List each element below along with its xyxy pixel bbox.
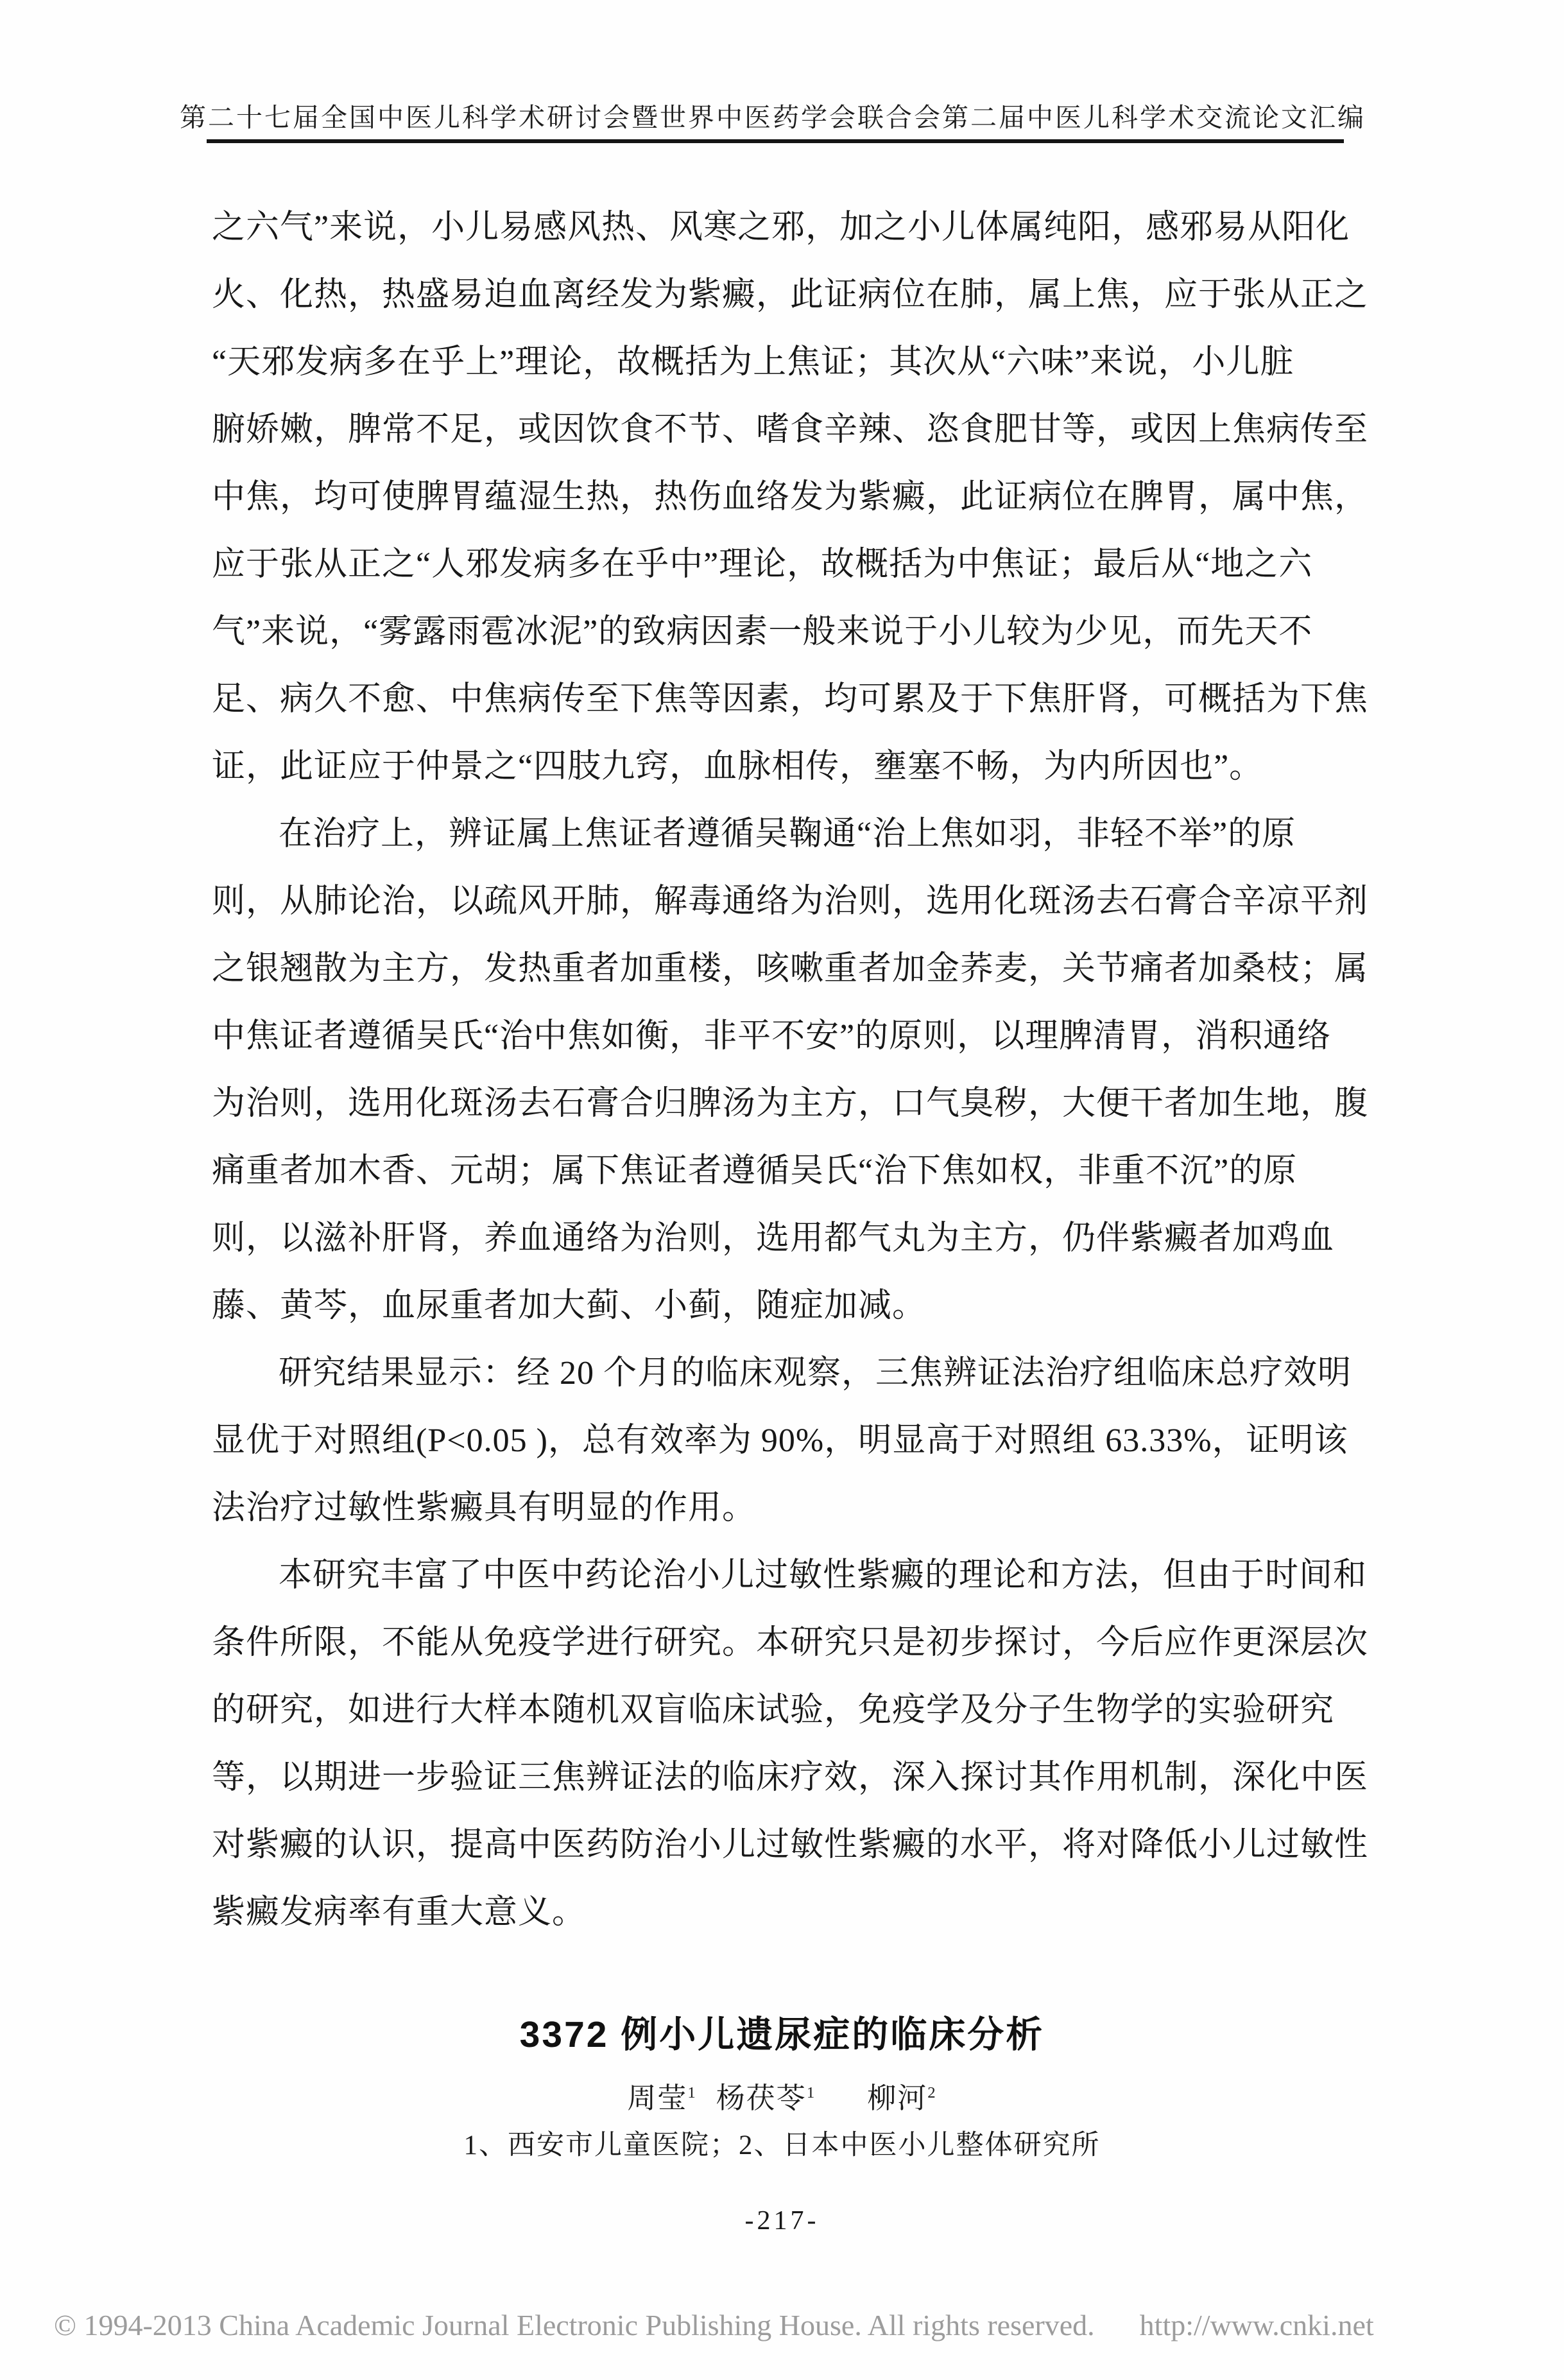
author: 周莹1 (627, 2082, 696, 2114)
body-line: 的研究，如进行大样本随机双盲临床试验，免疫学及分子生物学的实验研究 (212, 1677, 1354, 1744)
body-line: 在治疗上，辨证属上焦证者遵循吴鞠通“治上焦如羽，非轻不举”的原 (212, 800, 1354, 868)
body-line: 中焦证者遵循吴氏“治中焦如衡，非平不安”的原则，以理脾清胃，消积通络 (212, 1003, 1354, 1070)
author-affiliation-mark: 2 (927, 2084, 936, 2101)
body-line: 藤、黄芩，血尿重者加大蓟、小蓟，随症加减。 (212, 1272, 1354, 1340)
footer: © 1994-2013 China Academic Journal Elect… (54, 2308, 1530, 2342)
author-affiliation-mark: 1 (687, 2084, 696, 2101)
body-line: 气”来说，“雾露雨雹冰泥”的致病因素一般来说于小儿较为少见，而先天不 (212, 598, 1354, 666)
author-line: 周莹1杨茯苓1柳河2 (0, 2074, 1564, 2116)
body-line: 则，从肺论治，以疏风开肺，解毒通络为治则，选用化斑汤去石膏合辛凉平剂 (212, 868, 1354, 935)
body-line: 之银翘散为主方，发热重者加重楼，咳嗽重者加金荞麦，关节痛者加桑枝；属 (212, 935, 1354, 1003)
author-name: 周莹 (627, 2082, 687, 2114)
body-line: 本研究丰富了中医中药论治小儿过敏性紫癜的理论和方法，但由于时间和 (212, 1542, 1354, 1609)
body-line: 条件所限，不能从免疫学进行研究。本研究只是初步探讨，今后应作更深层次 (212, 1609, 1354, 1677)
body-line: 紫癜发病率有重大意义。 (212, 1879, 1354, 1946)
body-line: 对紫癜的认识，提高中医药防治小儿过敏性紫癜的水平，将对降低小儿过敏性 (212, 1811, 1354, 1879)
footer-url: http://www.cnki.net (1140, 2309, 1374, 2341)
body-line: 中焦，均可使脾胃蕴湿生热，热伤血络发为紫癜，此证病位在脾胃，属中焦， (212, 463, 1354, 531)
body-line: 则，以滋补肝肾，养血通络为治则，选用都气丸为主方，仍伴紫癜者加鸡血 (212, 1205, 1354, 1272)
body-line: 火、化热，热盛易迫血离经发为紫癜，此证病位在肺，属上焦，应于张从正之 (212, 261, 1354, 329)
affiliation-line: 1、西安市儿童医院；2、日本中医小儿整体研究所 (0, 2123, 1564, 2162)
next-article-title: 3372 例小儿遗尿症的临床分析 (0, 2005, 1564, 2058)
body-line: 等，以期进一步验证三焦辨证法的临床疗效，深入探讨其作用机制，深化中医 (212, 1744, 1354, 1811)
body-line: 痛重者加木香、元胡；属下焦证者遵循吴氏“治下焦如权，非重不沉”的原 (212, 1137, 1354, 1205)
author-affiliation-mark: 1 (807, 2084, 816, 2101)
article-body: 之六气”来说，小儿易感风热、风寒之邪，加之小儿体属纯阳，感邪易从阳化火、化热，热… (212, 194, 1354, 1946)
proceedings-header-title: 第二十七届全国中医儿科学术研讨会暨世界中医药学会联合会第二届中医儿科学术交流论文… (180, 96, 1328, 134)
scanned-paper-page: 第二十七届全国中医儿科学术研讨会暨世界中医药学会联合会第二届中医儿科学术交流论文… (0, 0, 1564, 2380)
body-line: 腑娇嫩，脾常不足，或因饮食不节、嗜食辛辣、恣食肥甘等，或因上焦病传至 (212, 396, 1354, 463)
page-number: -217- (0, 2205, 1564, 2236)
author: 柳河2 (867, 2082, 936, 2114)
footer-copyright: © 1994-2013 China Academic Journal Elect… (54, 2309, 1095, 2341)
body-line: 证，此证应于仲景之“四肢九窍，血脉相传，壅塞不畅，为内所因也”。 (212, 733, 1354, 800)
body-line: 足、病久不愈、中焦病传至下焦等因素，均可累及于下焦肝肾，可概括为下焦 (212, 666, 1354, 733)
author-name: 柳河 (867, 2082, 927, 2114)
author-name: 杨茯苓 (716, 2082, 807, 2114)
body-line: “天邪发病多在乎上”理论，故概括为上焦证；其次从“六味”来说，小儿脏 (212, 329, 1354, 396)
header-rule (207, 139, 1344, 143)
body-line: 研究结果显示：经 20 个月的临床观察，三焦辨证法治疗组临床总疗效明 (212, 1340, 1354, 1407)
body-line: 显优于对照组(P<0.05 )，总有效率为 90%，明显高于对照组 63.33%… (212, 1407, 1354, 1474)
author: 杨茯苓1 (716, 2082, 816, 2114)
body-line: 之六气”来说，小儿易感风热、风寒之邪，加之小儿体属纯阳，感邪易从阳化 (212, 194, 1354, 261)
body-line: 法治疗过敏性紫癜具有明显的作用。 (212, 1474, 1354, 1542)
body-line: 为治则，选用化斑汤去石膏合归脾汤为主方，口气臭秽，大便干者加生地，腹 (212, 1070, 1354, 1137)
body-line: 应于张从正之“人邪发病多在乎中”理论，故概括为中焦证；最后从“地之六 (212, 531, 1354, 598)
